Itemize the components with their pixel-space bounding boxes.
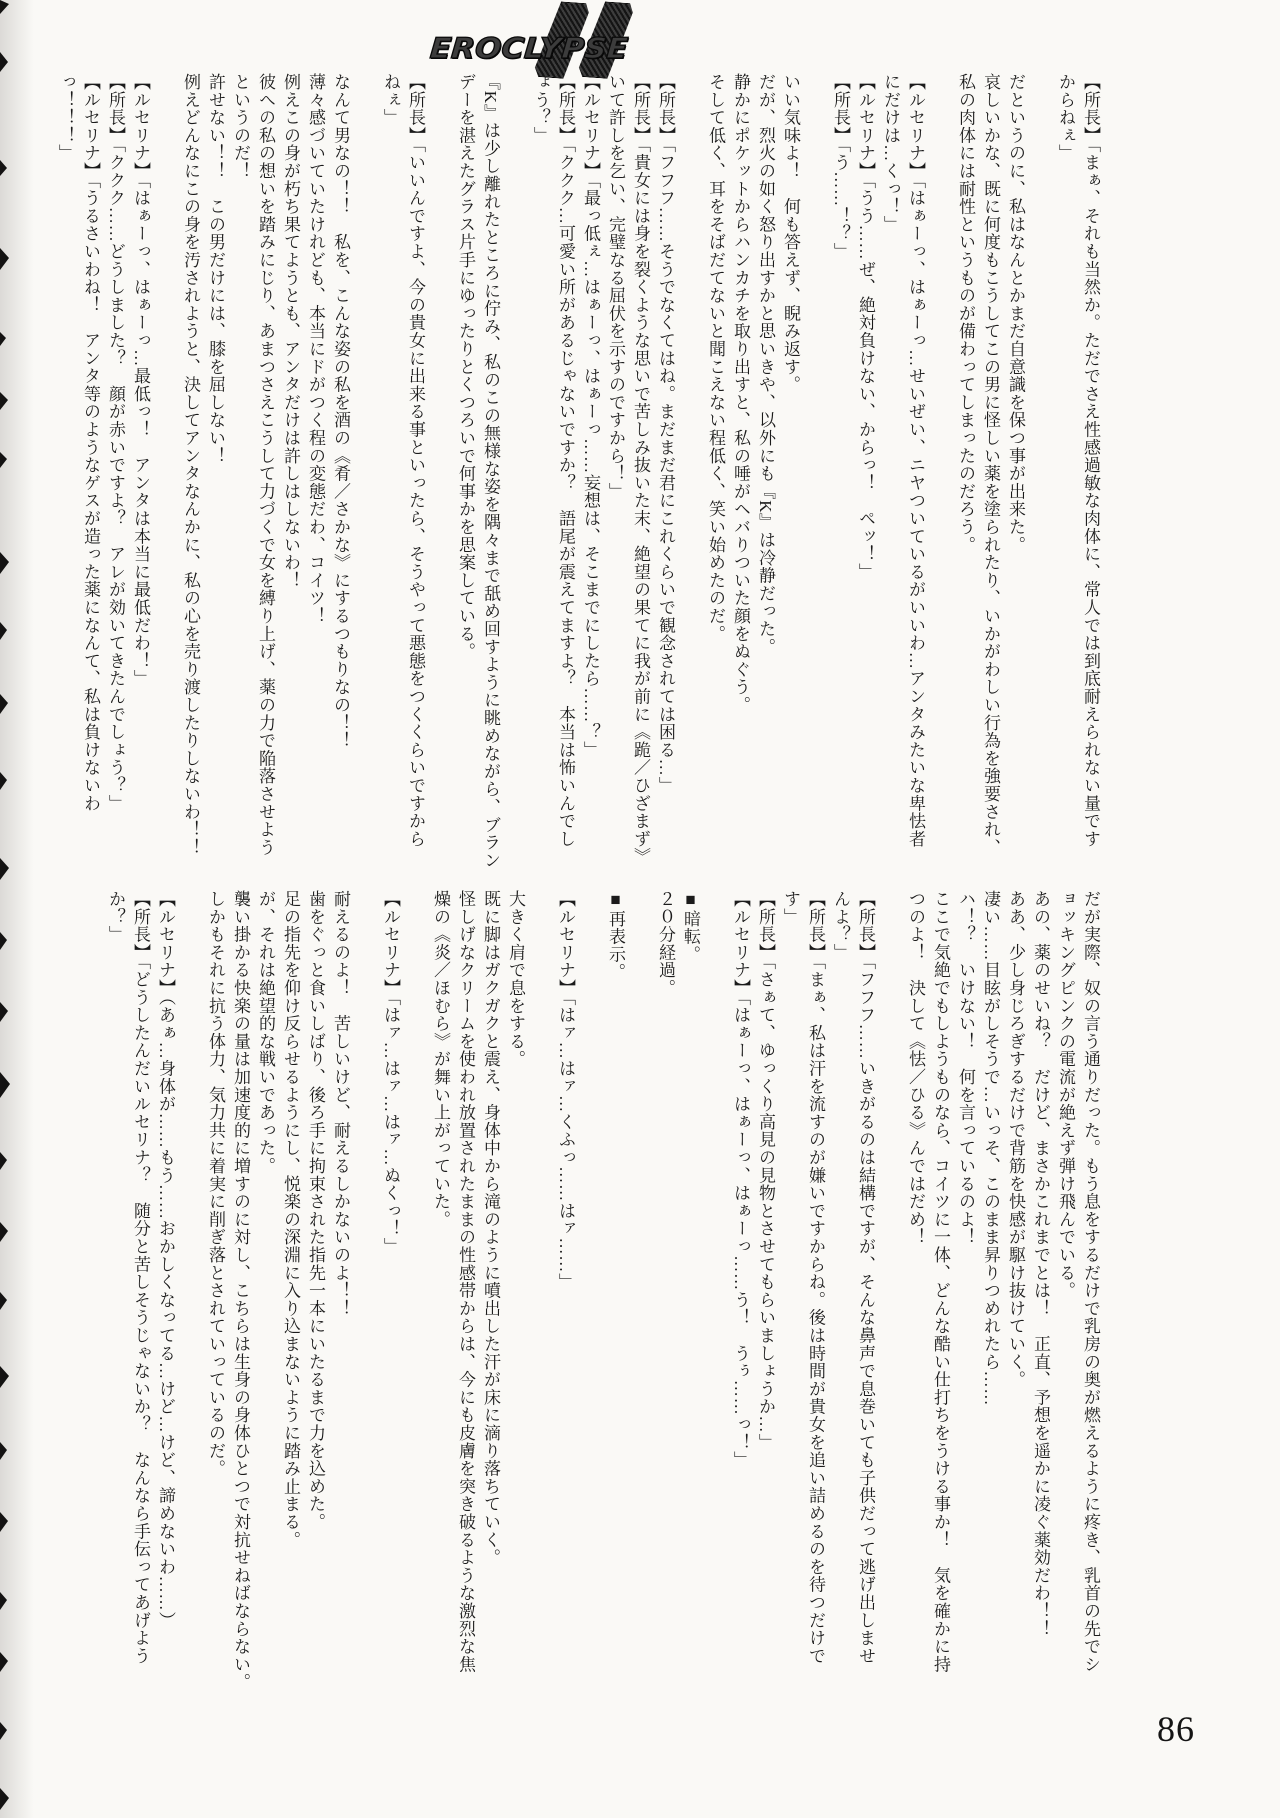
text-column: が、それは絶望的な戦いであった。 [253, 890, 278, 1705]
column-gap [628, 890, 653, 1705]
column-gap [678, 73, 703, 885]
text-column: 【所長】「いいんですよ、今の貴女に出来る事といったら、そうやって悪態をつくくらい… [403, 73, 428, 885]
text-column: 【所長】「どうしたんだいルセリナ？ 随分と苦しそうじゃないか？ なんなら手伝って… [128, 890, 153, 1705]
page-number: 86 [1157, 1708, 1195, 1750]
script-text-upper-block: 【所長】「まぁ、それも当然か。ただでさえ性感過敏な肉体に、常人では到底耐えられな… [51, 73, 1103, 885]
text-column: 【ルセリナ】「はぁーっ、はぁーっ…せいぜい、ニヤついているがいいわ…アンタみたい… [903, 73, 928, 885]
text-column: 許せない！！ この男だけには、膝を屈しない！ [203, 73, 228, 885]
column-gap [503, 73, 528, 885]
text-column: デーを湛えたグラス片手にゆったりとくつろいで何事かを思案している。 [453, 73, 478, 885]
column-gap [353, 890, 378, 1705]
text-column: ■暗転。 [678, 890, 703, 1705]
text-column: つのよ！ 決して《怯／ひる》んではだめ！ [903, 890, 928, 1705]
text-column: 例えこの身が朽ち果てようとも、アンタだけは許しはしないわ！ [278, 73, 303, 885]
text-column: 薄々感づいていたけれども、本当にドがつく程の変態だわ、コイツ！ [303, 73, 328, 885]
text-column: 【ルセリナ】「はァ…はァ…はァ…ぬくっ！」 [378, 890, 403, 1705]
text-column: 【所長】「う……！？」 [828, 73, 853, 885]
column-gap [803, 73, 828, 885]
text-column: 静かにポケットからハンカチを取り出すと、私の唾がヘバりついた顔をぬぐう。 [728, 73, 753, 885]
column-gap [403, 890, 428, 1705]
text-column: ょう？」 [528, 73, 553, 885]
text-column: からねぇ」 [1053, 73, 1078, 885]
column-gap [703, 890, 728, 1705]
text-column: 『K』は少し離れたところに佇み、私のこの無様な姿を隅々まで舐め回すように眺めなが… [478, 73, 503, 885]
text-column: いい気味よ！ 何も答えず、睨み返す。 [778, 73, 803, 885]
column-gap [1028, 73, 1053, 885]
text-column: だが、烈火の如く怒り出すかと思いきや、以外にも『K』は冷静だった。 [753, 73, 778, 885]
text-column: ここで気絶でもしようものなら、コイツに一体、どんな酷い仕打ちをうける事か！ 気を… [928, 890, 953, 1705]
text-column: ■再表示。 [603, 890, 628, 1705]
eroclypse-logo: EROCLYPSE [428, 2, 658, 78]
text-column: そして低く、耳をそばだてないと聞こえない程低く、笑い始めたのだ。 [703, 73, 728, 885]
text-column: なんて男なの！！ 私を、こんな姿の私を酒の《肴／さかな》にするつもりなの！！ [328, 73, 353, 885]
text-column: 【所長】「ククク……どうしました？ 顔が赤いですよ？ アレが効いてきたんでしょう… [103, 73, 128, 885]
text-column: だというのに、私はなんとかまだ自意識を保つ事が出来た。 [1003, 73, 1028, 885]
script-text-lower-block: だが実際、奴の言う通りだった。もう息をするだけで乳房の奥が燃えるように疼き、乳首… [101, 890, 1103, 1705]
text-column: ２０分経過。 [653, 890, 678, 1705]
column-gap [153, 73, 178, 885]
text-column: あの、薬のせいね？ だけど、まさかこれまでとは！ 正直、予想を遥かに凌ぐ薬効だわ… [1028, 890, 1053, 1705]
text-column: 【所長】「さぁて、ゆっくり高見の見物とさせてもらいましょうか…」 [753, 890, 778, 1705]
text-column: ョッキングピンクの電流が絶えず弾け飛んでいる。 [1053, 890, 1078, 1705]
text-column: 【所長】「まぁ、私は汗を流すのが嫌いですからね。後は時間が貴女を追い詰めるのを待… [803, 890, 828, 1705]
text-column: ああ、少し身じろぎするだけで背筋を快感が駆け抜けていく。 [1003, 890, 1028, 1705]
column-gap [578, 890, 603, 1705]
text-column: というのだ！ [228, 73, 253, 885]
text-column: 襲い掛かる快楽の量は加速度的に増すのに対し、こちらは生身の身体ひとつで対抗せねば… [228, 890, 253, 1705]
text-column: しかもそれに抗う体力、気力共に着実に削ぎ落とされていっているのだ。 [203, 890, 228, 1705]
column-gap [428, 73, 453, 885]
text-column: ハ！？ いけない！ 何を言っているのよ！ [953, 890, 978, 1705]
text-column: っ！！！」 [53, 73, 78, 885]
logo-text: EROCLYPSE [429, 35, 629, 64]
text-column: す」 [778, 890, 803, 1705]
text-column: んよ？」 [828, 890, 853, 1705]
text-column: 凄い……目眩がしそうで…いっそ、このまま昇りつめれたら…… [978, 890, 1003, 1705]
text-column: 哀しいかな、既に何度もこうしてこの男に怪しい薬を塗られたり、いかがわしい行為を強… [978, 73, 1003, 885]
column-gap [178, 890, 203, 1705]
column-gap [878, 890, 903, 1705]
text-column: 彼への私の想いを踏みにじり、あまつさえこうして力づくで女を縛り上げ、薬の力で陥落… [253, 73, 278, 885]
text-column: 【ルセリナ】「はぁーっ、はぁーっ、はぁーっ……う！ うぅ……っ！」 [728, 890, 753, 1705]
text-column: いて許しを乞い、完璧なる屈伏を示すのですから！」 [603, 73, 628, 885]
text-column: 【所長】「フフフ……そうでなくてはね。まだまだ君にこれくらいで観念されては困る…… [653, 73, 678, 885]
column-gap [528, 890, 553, 1705]
text-column: 足の指先を仰け反らせるようにし、悦楽の深淵に入り込まないように踏み止まる。 [278, 890, 303, 1705]
text-column: 【ルセリナ】「うう……ぜ、絶対負けない、からっ！ ペッ！」 [853, 73, 878, 885]
text-column: 大きく肩で息をする。 [503, 890, 528, 1705]
column-gap [353, 73, 378, 885]
text-column: 私の肉体には耐性というものが備わってしまったのだろう。 [953, 73, 978, 885]
scan-edge-artifacts [0, 0, 22, 1818]
column-gap [928, 73, 953, 885]
text-column: 既に脚はガクガクと震え、身体中から滝のように噴出した汗が床に滴り落ちていく。 [478, 890, 503, 1705]
text-column: 【ルセリナ】（あぁ…身体が……もう……おかしくなってる…けど…けど、諦めないわ…… [153, 890, 178, 1705]
text-column: 【ルセリナ】「はァ…はァ…くふっ……はァ……」 [553, 890, 578, 1705]
text-column: 【ルセリナ】「うるさいわね！ アンタ等のようなゲスが造った薬になんて、私は負けな… [78, 73, 103, 885]
text-column: 【所長】「フフフ……いきがるのは結構ですが、そんな鼻声で息巻いても子供だって逃げ… [853, 890, 878, 1705]
text-column: 燥の《炎／ほむら》が舞い上がっていた。 [428, 890, 453, 1705]
text-column: 歯をぐっと食いしばり、後ろ手に拘束された指先一本にいたるまで力を込めた。 [303, 890, 328, 1705]
text-column: 【ルセリナ】「最っ低ぇ…はぁーっ、はぁーっ……妄想は、そこまでにしたら……？」 [578, 73, 603, 885]
text-column: 例えどんなにこの身を汚されようと、決してアンタなんかに、私の心を売り渡したりしな… [178, 73, 203, 885]
scanned-script-page: EROCLYPSE 【所長】「まぁ、それも当然か。ただでさえ性感過敏な肉体に、常… [0, 0, 1280, 1818]
text-column: 【ルセリナ】「はぁーっ、はぁーっ…最低っ！ アンタは本当に最低だわ！」 [128, 73, 153, 885]
text-column: か？」 [103, 890, 128, 1705]
text-column: だが実際、奴の言う通りだった。もう息をするだけで乳房の奥が燃えるように疼き、乳首… [1078, 890, 1103, 1705]
text-column: 【所長】「まぁ、それも当然か。ただでさえ性感過敏な肉体に、常人では到底耐えられな… [1078, 73, 1103, 885]
text-column: 耐えるのよ！ 苦しいけど、耐えるしかないのよ！！ [328, 890, 353, 1705]
text-column: 【所長】「ククク…可愛い所があるじゃないですか？ 語尾が震えてますよ？ 本当は怖… [553, 73, 578, 885]
text-column: 怪しげなクリームを使われ放置されたままの性感帯からは、今にも皮膚を突き破るような… [453, 890, 478, 1705]
text-column: 【所長】「貴女には身を裂くような思いで苦しみ抜いた末、絶望の果てに我が前に《跪／… [628, 73, 653, 885]
text-column: ねぇ」 [378, 73, 403, 885]
text-column: にだけは…くっ！」 [878, 73, 903, 885]
